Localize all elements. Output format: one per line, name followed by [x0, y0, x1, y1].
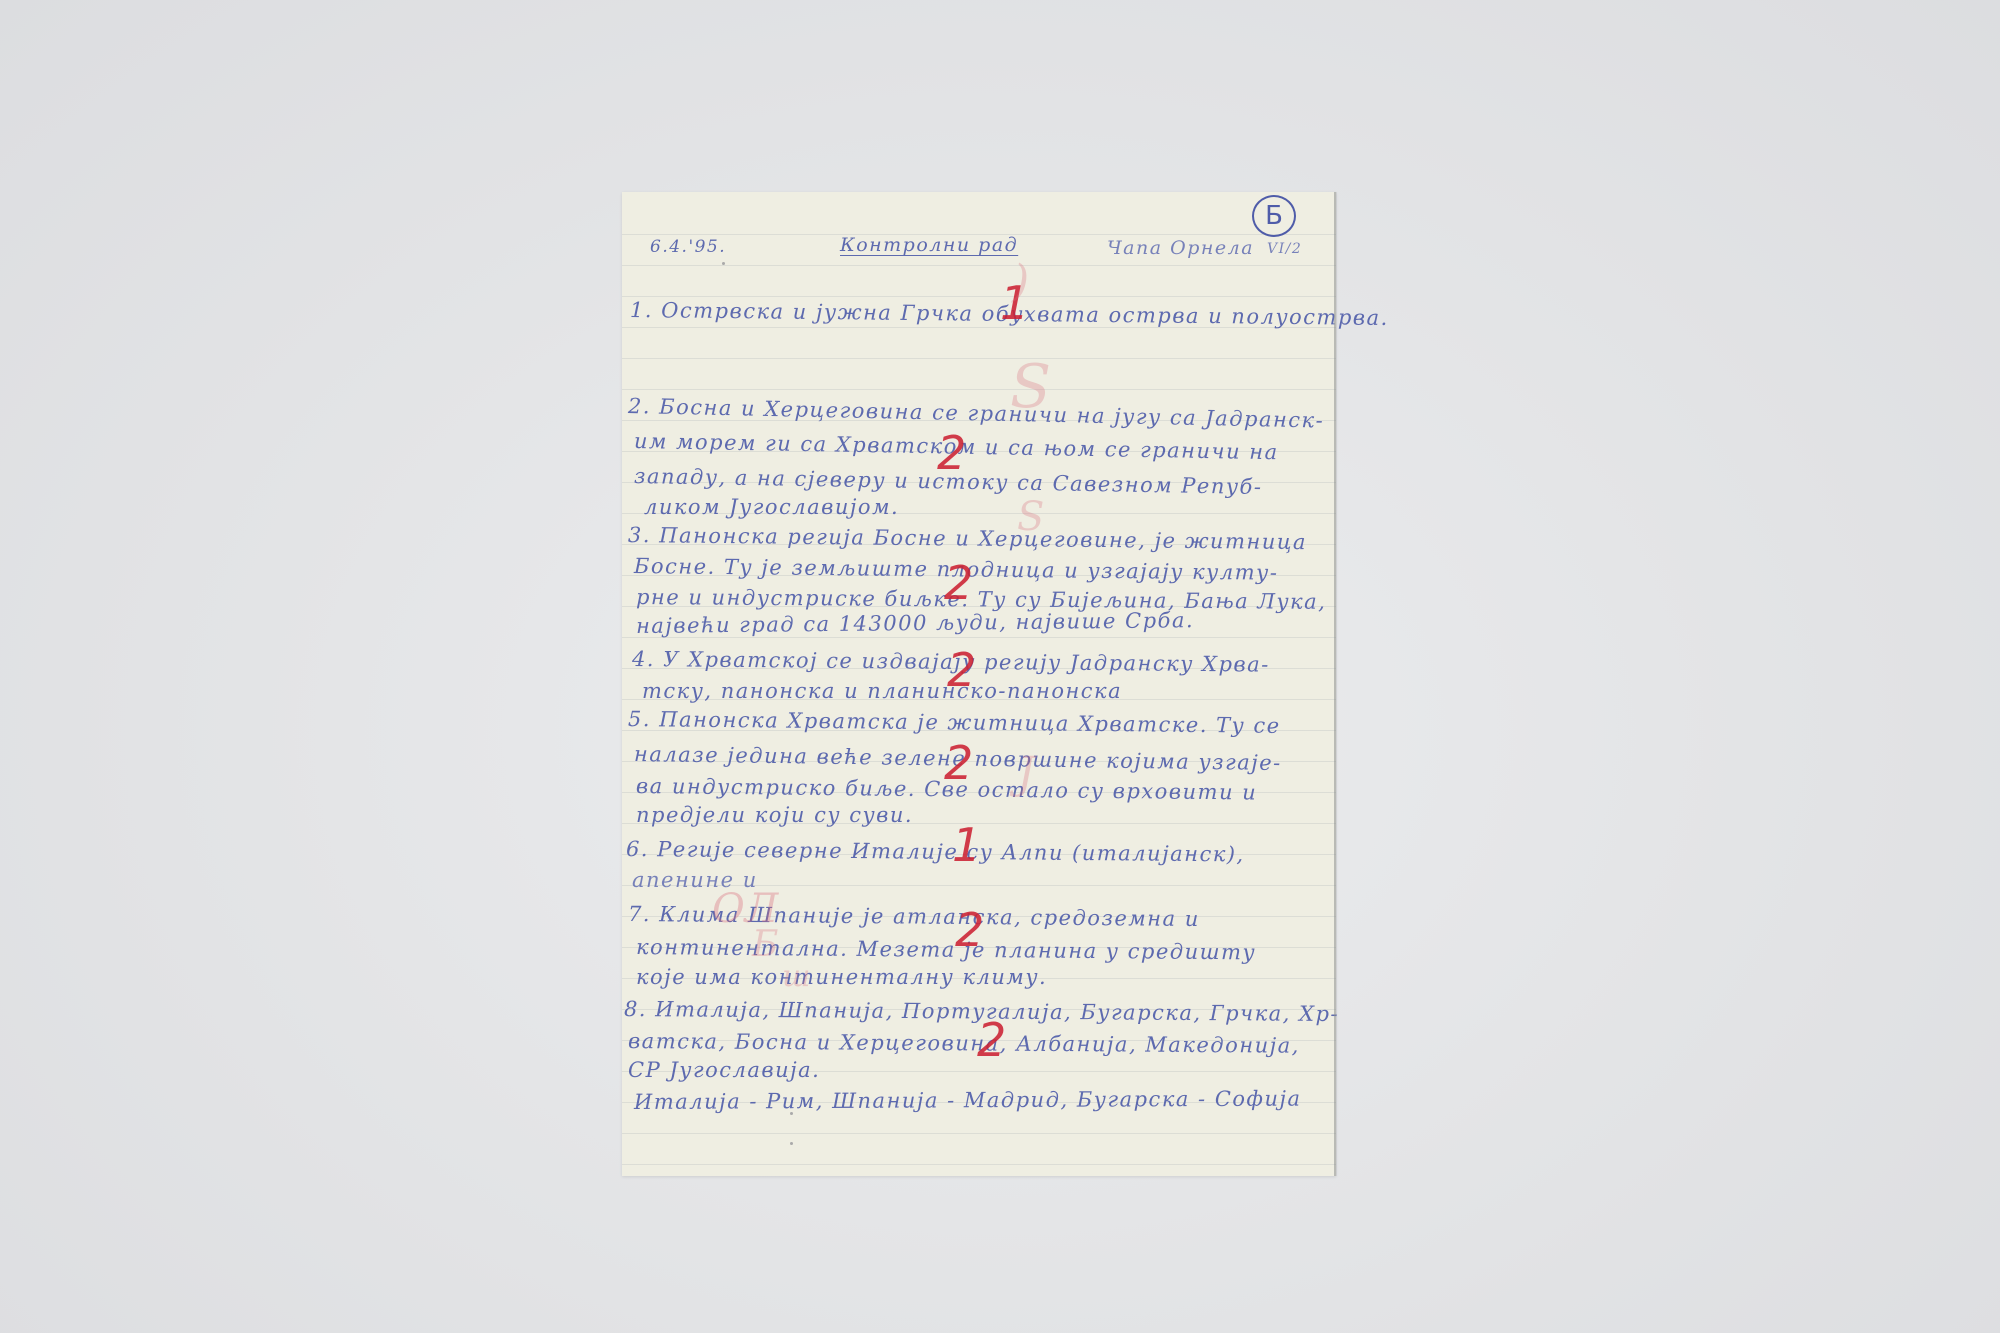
pencil-dot	[790, 1142, 793, 1145]
grade-mark-7: 2	[955, 907, 984, 953]
answer-8-line-2: ватска, Босна и Херцеговина, Албанија, М…	[628, 1029, 1300, 1058]
red-show-through-mark: Б	[752, 927, 778, 963]
red-show-through-mark: J	[1017, 752, 1035, 796]
pencil-dot	[722, 262, 725, 265]
answer-5-line-1: 5. Панонска Хрватска је житница Хрватске…	[628, 707, 1281, 738]
red-show-through-mark: S	[1010, 357, 1051, 417]
answer-2-line-1: 2. Босна и Херцеговина се граничи на југ…	[628, 394, 1325, 433]
answer-6-line-1: 6. Регије северне Италије су Алпи (итали…	[626, 837, 1245, 866]
answer-3-line-4: највећи град са 143000 људи, највише Срб…	[636, 608, 1194, 638]
answer-3-line-1: 3. Панонска регија Босне и Херцеговине, …	[628, 523, 1307, 554]
answer-4-line-2: тску, панонска и планинско-панонска	[642, 679, 1122, 703]
student-class: VI/2	[1267, 241, 1302, 257]
grade-mark-6: 1	[952, 822, 981, 868]
answer-5-line-4: предјели који су суви.	[636, 803, 913, 827]
pencil-dot	[790, 1112, 793, 1115]
answer-7-line-2: континентална. Мезета је планина у среди…	[636, 935, 1256, 964]
red-show-through-mark: S	[1017, 497, 1044, 537]
answer-7-line-3: које има континенталну климу.	[636, 965, 1047, 989]
grade-mark-4: 2	[947, 647, 976, 693]
page-title: Контролни рад	[840, 234, 1018, 256]
red-show-through-mark: )	[1012, 260, 1029, 304]
answer-2-line-4: ликом Југославијом.	[644, 495, 899, 519]
grade-mark-5: 2	[944, 740, 973, 786]
grade-mark-2: 2	[937, 430, 966, 476]
date: 6.4.'95.	[650, 237, 726, 257]
answer-8-line-3: СР Југославија.	[628, 1058, 820, 1082]
variant-badge: Б	[1252, 195, 1296, 237]
answer-8-line-4: Италија - Рим, Шпанија - Мадрид, Бугарск…	[634, 1087, 1302, 1114]
red-show-through-mark: ОЛ	[712, 889, 778, 929]
student-name: Чапа Орнела	[1107, 237, 1254, 259]
red-show-through-mark: ш	[782, 962, 810, 992]
grade-mark-8: 2	[977, 1017, 1006, 1063]
test-paper-sheet: Б 6.4.'95. Контролни рад Чапа Орнела VI/…	[622, 192, 1336, 1176]
grade-mark-3: 2	[944, 560, 973, 606]
